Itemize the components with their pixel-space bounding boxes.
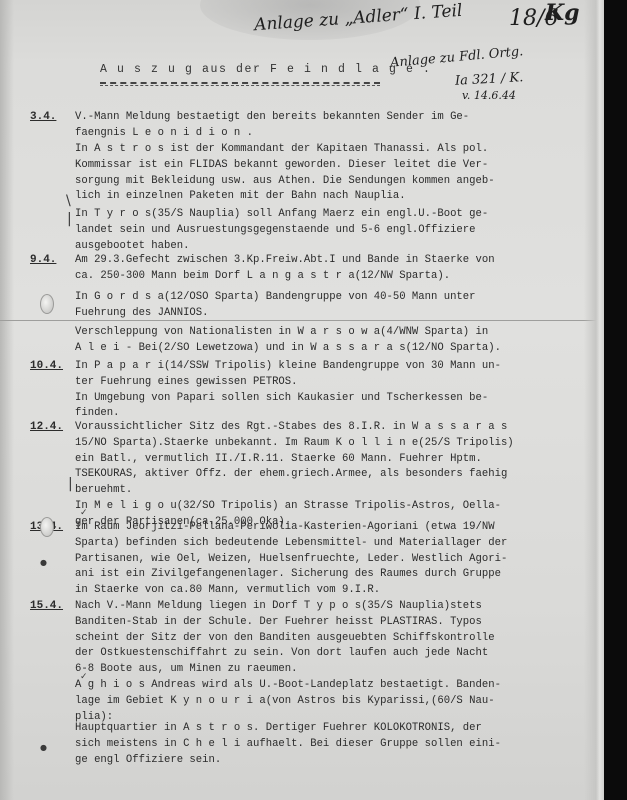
margin-bracket-icon: | [68, 476, 73, 492]
margin-dot-icon: ● [40, 558, 47, 567]
margin-check-icon: ✓ [80, 508, 88, 518]
handwritten-initials: Kg [545, 0, 580, 26]
entry-paragraph: V.-Mann Meldung bestaetigt den bereits b… [75, 110, 555, 142]
margin-bracket-icon: | [67, 211, 72, 227]
margin-dot-icon: ● [40, 743, 47, 752]
entry-paragraph: Am 29.3.Gefecht zwischen 3.Kp.Freiw.Abt.… [75, 253, 555, 285]
punch-hole [40, 517, 54, 537]
entry-paragraph: A g h i o s Andreas wird als U.-Boot-Lan… [75, 678, 555, 725]
entry-date: 3.4. [30, 111, 56, 123]
handwritten-reference: Ia 321 / K. [455, 70, 524, 89]
entry-paragraph: Im Raum Jeorjitzi-Pellana-Periwolia-Kast… [75, 520, 555, 599]
entry-paragraph: In A s t r o s ist der Kommandant der Ka… [75, 142, 555, 205]
entry-date: 9.4. [30, 254, 56, 266]
entry-paragraph: Voraussichtlicher Sitz des Rgt.-Stabes d… [75, 420, 555, 531]
punch-hole [40, 294, 54, 314]
document-page: Anlage zu „Adler“ I. Teil 18/6 Kg Anlage… [0, 0, 604, 800]
handwritten-date: v. 14.6.44 [462, 89, 516, 102]
entry-paragraph: In P a p a r i(14/SSW Tripolis) kleine B… [75, 359, 555, 422]
scan-edge [604, 0, 627, 800]
entry-paragraph: In T y r o s(35/S Nauplia) soll Anfang M… [75, 207, 555, 254]
entry-date: 15.4. [30, 600, 63, 612]
entry-date: 10.4. [30, 360, 63, 372]
entry-date: 12.4. [30, 421, 63, 433]
entry-paragraph: Hauptquartier in A s t r o s. Dertiger F… [75, 721, 555, 768]
margin-bracket-icon: \ [66, 193, 71, 209]
document-title: A u s z u g aus der F e i n d l a g e . [100, 63, 432, 76]
fold-line [0, 320, 604, 321]
margin-check-icon: ✓ [80, 672, 88, 682]
entry-paragraph: Verschleppung von Nationalisten in W a r… [75, 325, 555, 357]
entry-paragraph: In G o r d s a(12/OSO Sparta) Bandengrup… [75, 290, 555, 322]
entry-paragraph: Nach V.-Mann Meldung liegen in Dorf T y … [75, 599, 555, 678]
title-underline [100, 82, 380, 86]
